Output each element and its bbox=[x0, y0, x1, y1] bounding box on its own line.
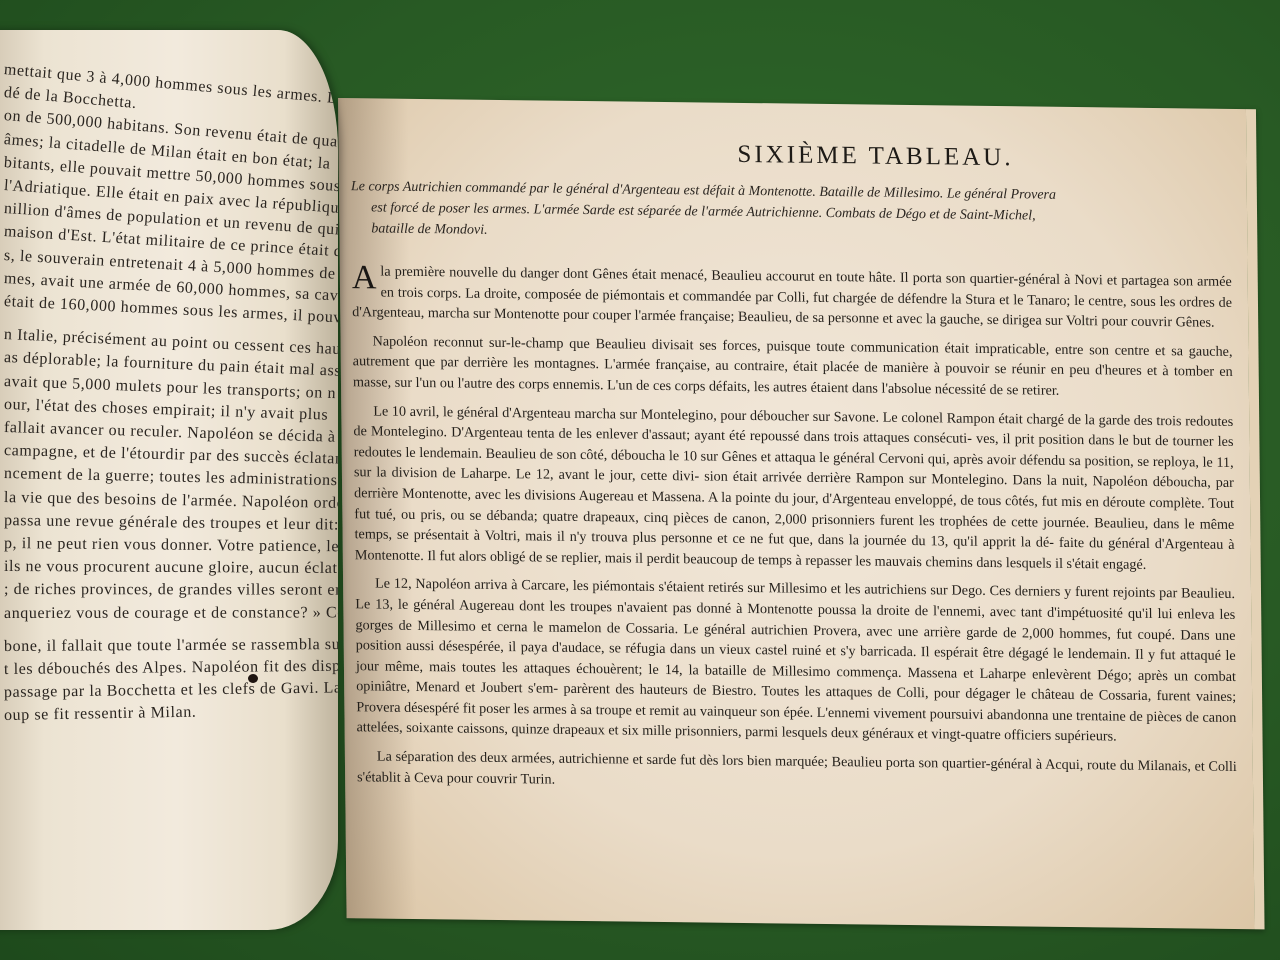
ink-stain bbox=[248, 674, 258, 683]
paragraph: A la première nouvelle du danger dont Gê… bbox=[352, 261, 1233, 334]
chapter-summary: Le corps Autrichien commandé par le géné… bbox=[351, 176, 1232, 250]
left-page: mettait que 3 à 4,000 hommes sous les ar… bbox=[0, 30, 338, 930]
right-page: SIXIÈME TABLEAU. Le corps Autrichien com… bbox=[338, 98, 1265, 929]
left-page-text: mettait que 3 à 4,000 hommes sous les ar… bbox=[4, 58, 334, 728]
paragraph: Napoléon reconnut sur-le-champ que Beaul… bbox=[352, 331, 1233, 404]
paragraph: La séparation des deux armées, autrichie… bbox=[357, 746, 1237, 798]
paragraph: Le 10 avril, le général d'Argenteau marc… bbox=[353, 401, 1235, 577]
text-line: nécessité de se retirer. bbox=[935, 381, 1060, 399]
chapter-title: SIXIÈME TABLEAU. bbox=[520, 138, 1230, 175]
text-line: chemins dans lesquels il s'était engagé. bbox=[925, 554, 1146, 573]
text-line: et avec la gauche, se dirigea sur Voltri… bbox=[883, 311, 1215, 331]
text-line: ; de riches provinces, de grandes villes… bbox=[4, 578, 334, 602]
text-line: anqueriez vous de courage et de constanc… bbox=[4, 601, 334, 625]
text-line: oup se fit ressentir à Milan. bbox=[4, 699, 334, 728]
paragraph: Le 12, Napoléon arriva à Carcare, les pi… bbox=[355, 574, 1237, 750]
text-line: ils ne vous procurent aucune gloire, auc… bbox=[4, 555, 334, 580]
body-text: A la première nouvelle du danger dont Gê… bbox=[352, 261, 1237, 798]
book-photo: SIXIÈME TABLEAU. Le corps Autrichien com… bbox=[0, 0, 1280, 960]
right-page-content: SIXIÈME TABLEAU. Le corps Autrichien com… bbox=[350, 136, 1237, 802]
drop-cap: A bbox=[352, 263, 377, 293]
